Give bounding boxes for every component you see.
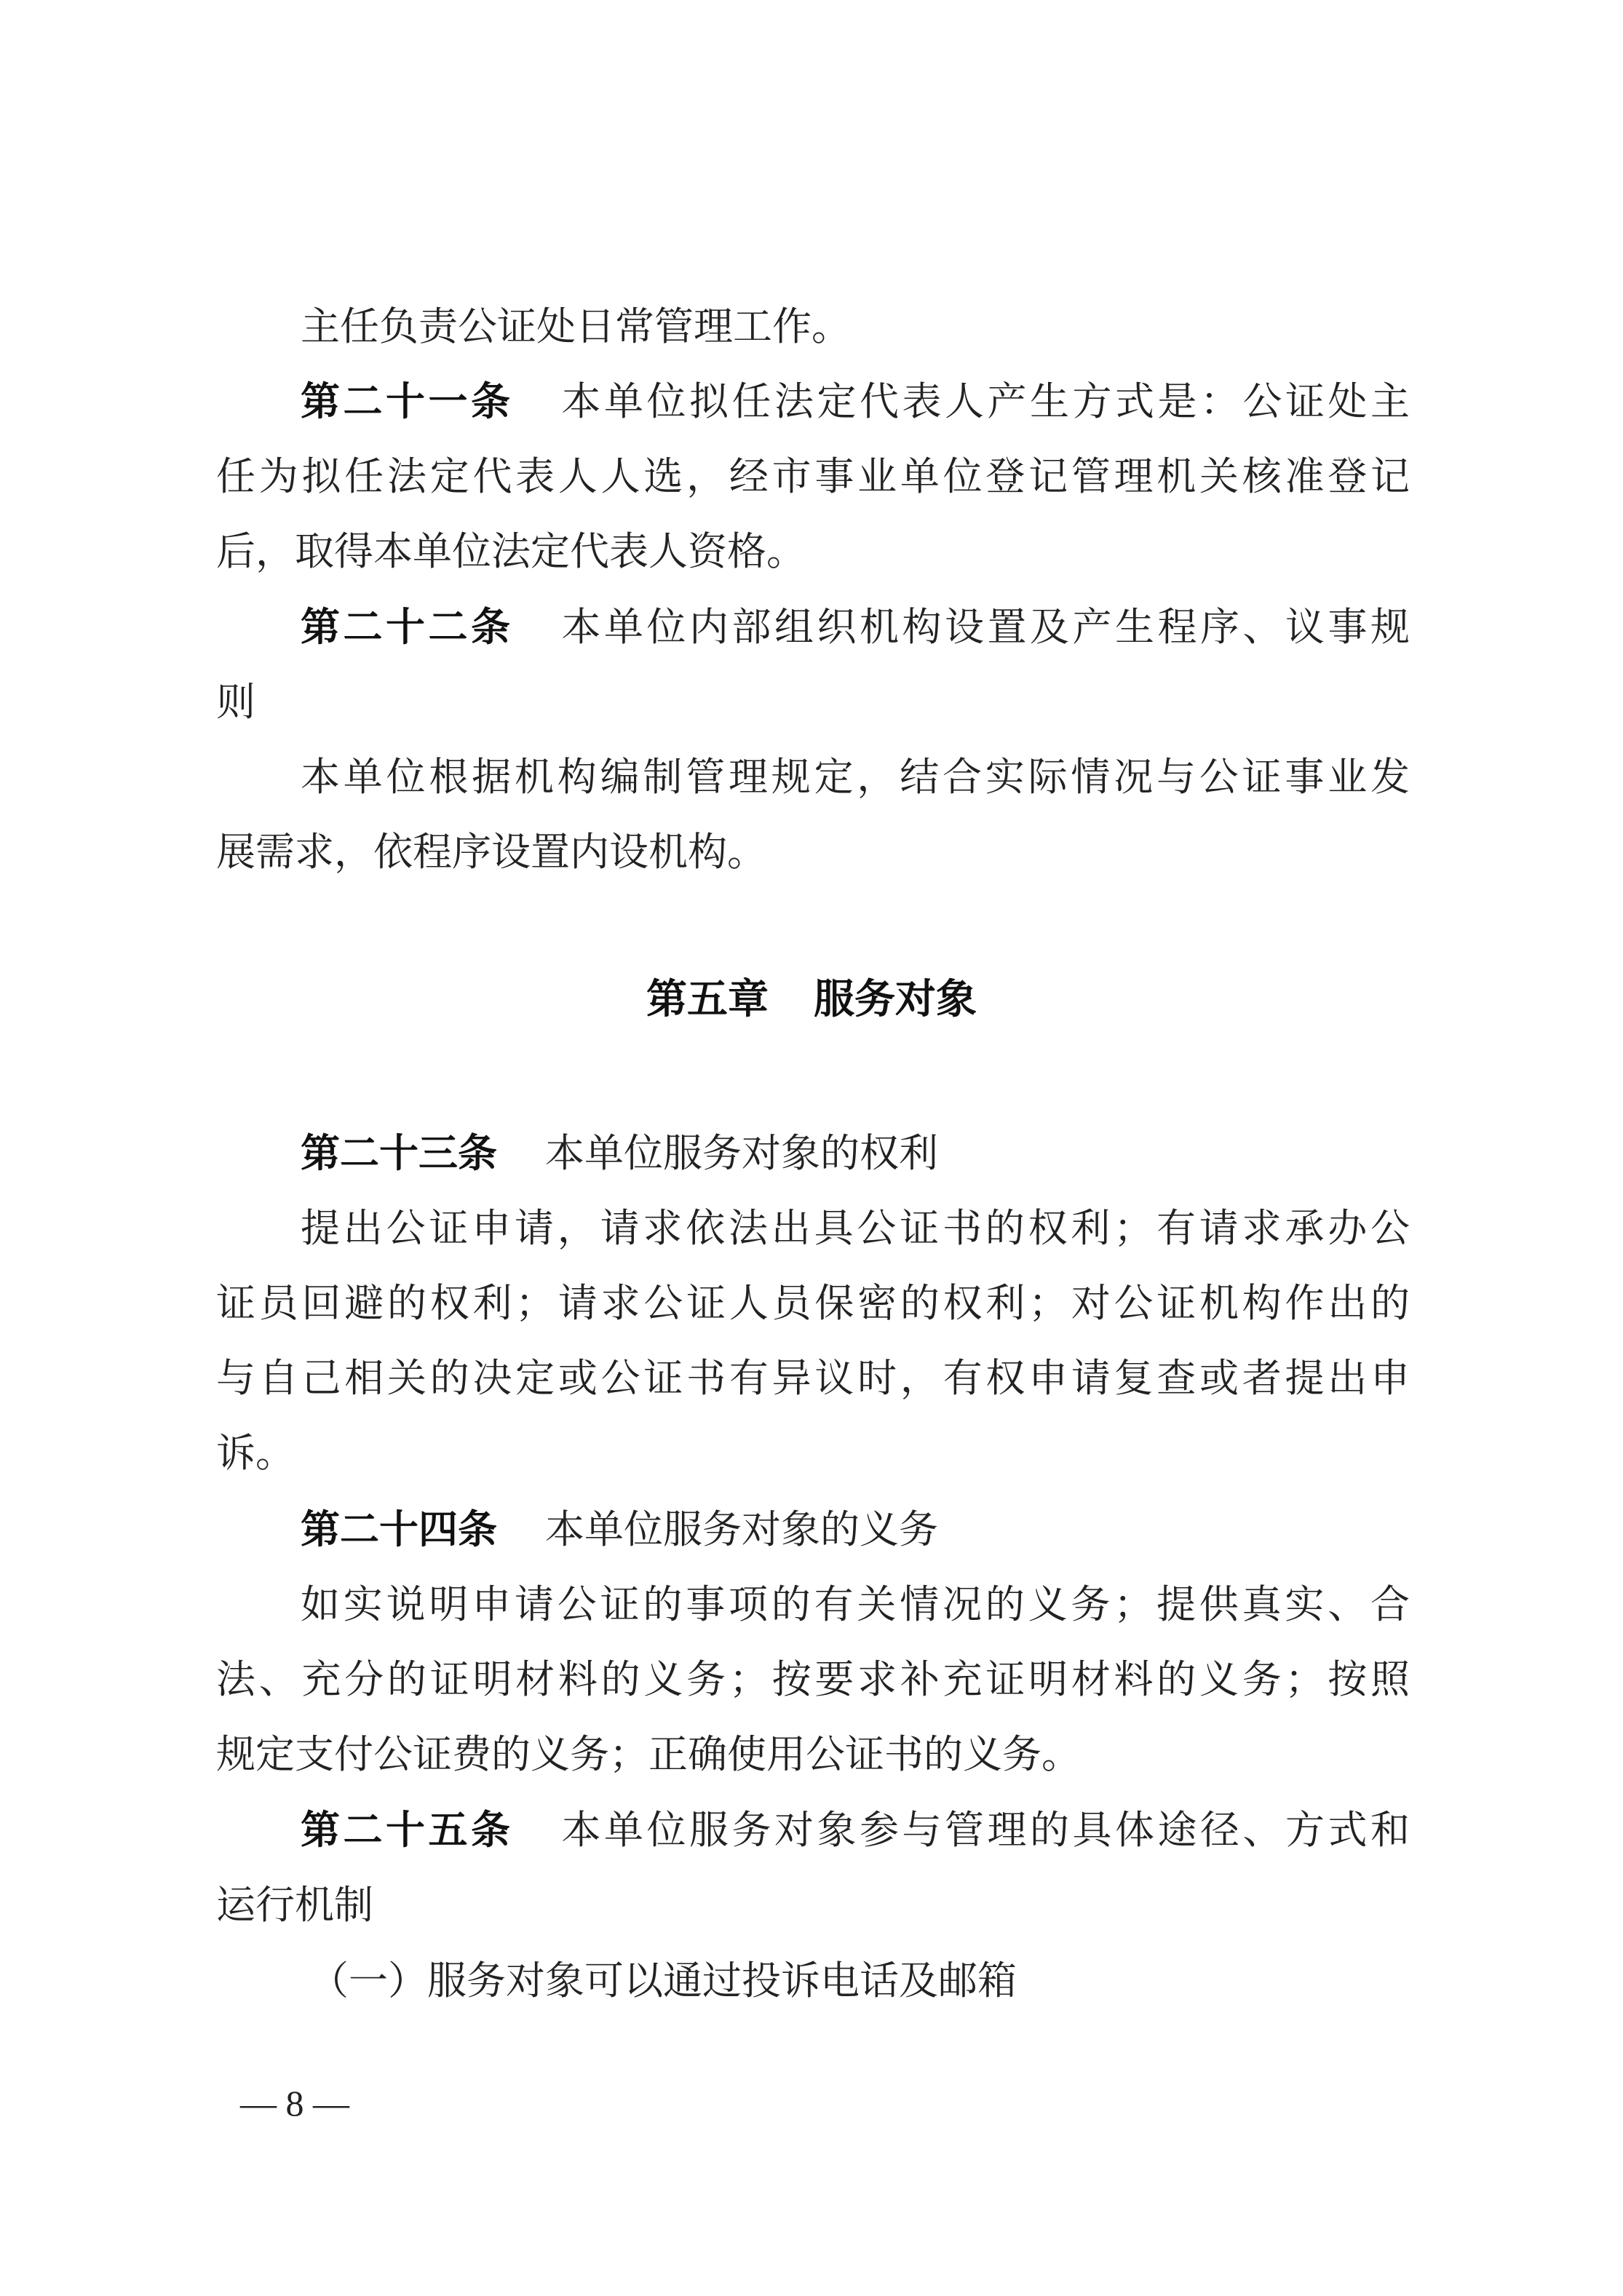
article-24-heading: 第二十四条本单位服务对象的义务 [301,1506,1410,1553]
paragraph-line: 主任负责公证处日常管理工作。 [301,303,1410,350]
article-24-line: 法、充分的证明材料的义务；按要求补充证明材料的义务；按照 [216,1656,1410,1703]
article-21-line-1: 第二十一条本单位拟任法定代表人产生方式是：公证处主 [301,378,1410,425]
article-22-line-2: 则 [216,679,1410,726]
article-21-line-3: 后，取得本单位法定代表人资格。 [216,528,1410,575]
page-number: — 8 — [240,2081,349,2125]
paragraph-line: 展需求，依程序设置内设机构。 [216,829,1410,875]
article-23-line: 提出公证申请，请求依法出具公证书的权利；有请求承办公 [301,1205,1410,1252]
chapter-name: 服务对象 [814,976,977,1023]
document-page: 主任负责公证处日常管理工作。 第二十一条本单位拟任法定代表人产生方式是：公证处主… [0,0,1623,2296]
article-23-heading: 第二十三条本单位服务对象的权利 [301,1130,1410,1177]
paragraph-line: 本单位根据机构编制管理规定，结合实际情况与公证事业发 [301,754,1410,801]
article-25-item: （一）服务对象可以通过投诉电话及邮箱 [309,1958,1418,2004]
article-text: 本单位内部组织机构设置及产生程序、议事规 [562,604,1410,650]
article-23-line: 诉。 [216,1430,1410,1477]
article-23-line: 证员回避的权利；请求公证人员保密的权利；对公证机构作出的 [216,1280,1410,1327]
article-heading: 本单位服务对象的权利 [545,1130,938,1176]
article-25-heading: 第二十五条本单位服务对象参与管理的具体途径、方式和 [301,1807,1410,1854]
article-25-heading-cont: 运行机制 [216,1882,1410,1928]
chapter-title: 第五章服务对象 [0,977,1623,1023]
article-heading: 本单位服务对象的义务 [545,1506,938,1552]
article-number: 第二十一条 [301,378,514,424]
article-24-line: 规定支付公证费的义务；正确使用公证书的义务。 [216,1731,1410,1778]
article-number: 第二十四条 [301,1506,497,1552]
chapter-number: 第五章 [646,976,769,1023]
article-number: 第二十三条 [301,1130,497,1176]
article-22-line-1: 第二十二条本单位内部组织机构设置及产生程序、议事规 [301,604,1410,651]
article-23-line: 与自己相关的决定或公证书有异议时，有权申请复查或者提出申 [216,1355,1410,1402]
article-text: 本单位拟任法定代表人产生方式是：公证处主 [562,378,1410,424]
article-number: 第二十二条 [301,604,514,650]
article-number: 第二十五条 [301,1807,514,1853]
article-21-line-2: 任为拟任法定代表人人选，经市事业单位登记管理机关核准登记 [216,453,1410,500]
article-heading: 本单位服务对象参与管理的具体途径、方式和 [562,1807,1410,1853]
article-24-line: 如实说明申请公证的事项的有关情况的义务；提供真实、合 [301,1581,1410,1628]
